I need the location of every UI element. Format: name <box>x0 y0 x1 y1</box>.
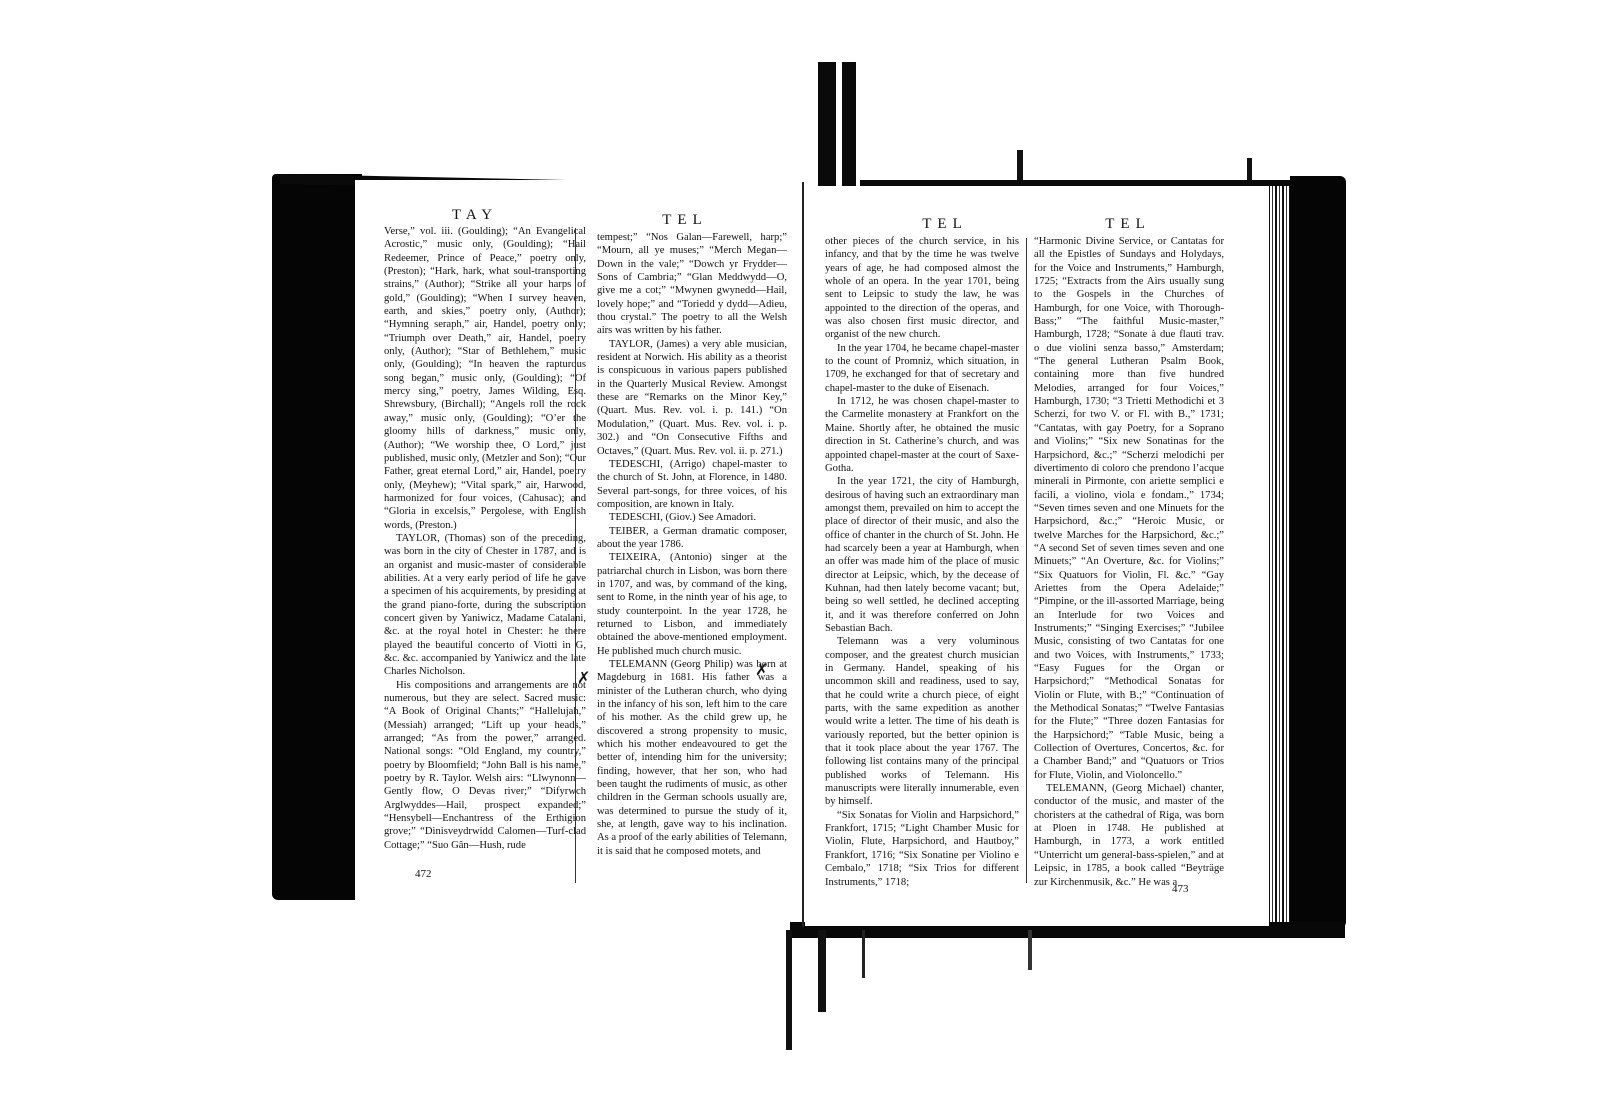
paragraph-entry-teixeira: TEIXEIRA, (Antonio) singer at the patria… <box>597 551 787 658</box>
paragraph: Verse,” vol. iii. (Goulding); “An Evange… <box>384 225 586 532</box>
spine-shadow <box>862 930 865 978</box>
paragraph-entry-telemann-georg-michael: TELEMANN, (Georg Michael) chanter, condu… <box>1034 782 1224 889</box>
page-number: 473 <box>1172 883 1189 895</box>
text-column-2: tempest;” “Nos Galan—Farewell, harp;” “M… <box>597 231 787 858</box>
paragraph-entry-tedeschi-arrigo: TEDESCHI, (Arrigo) chapel-master to the … <box>597 458 787 511</box>
spine-shadow <box>818 930 826 1012</box>
paragraph-works-list: “Six Sonatas for Violin and Harpsichord,… <box>825 809 1019 889</box>
book-cover-right <box>1290 176 1346 928</box>
column-rule <box>575 228 576 883</box>
book-cover-left <box>272 174 362 900</box>
right-page: TEL TEL other pieces of the church servi… <box>805 186 1269 926</box>
left-page: TAY TEL Verse,” vol. iii. (Goulding); “A… <box>355 180 802 915</box>
paragraph-entry-taylor-james: TAYLOR, (James) a very able musician, re… <box>597 338 787 458</box>
spine-shadow <box>842 62 856 194</box>
spine-shadow <box>818 62 836 194</box>
scanned-book-spread: TAY TEL Verse,” vol. iii. (Goulding); “A… <box>0 0 1600 1095</box>
paragraph-entry-tedeschi-giov: TEDESCHI, (Giov.) See Amadori. <box>597 511 787 524</box>
text-column-1: Verse,” vol. iii. (Goulding); “An Evange… <box>384 225 586 852</box>
running-head: TEL <box>885 216 1005 233</box>
running-head: TEL <box>1068 216 1188 233</box>
running-head: TEL <box>625 212 745 229</box>
handwritten-x-mark: ✗ <box>755 660 768 679</box>
page-fore-edge <box>1268 186 1290 922</box>
paragraph: In the year 1704, he became chapel-maste… <box>825 342 1019 395</box>
book-gutter <box>802 182 804 927</box>
column-rule <box>1026 238 1027 883</box>
paragraph-entry-telemann-georg-philip: TELEMANN (Georg Philip) was born at Magd… <box>597 658 787 858</box>
paragraph-entry-teiber: TEIBER, a German dramatic composer, abou… <box>597 525 787 552</box>
handwritten-x-mark: ✗ <box>577 668 590 687</box>
spine-shadow <box>786 930 792 1050</box>
page-number: 472 <box>415 868 432 880</box>
paragraph: tempest;” “Nos Galan—Farewell, harp;” “M… <box>597 231 787 338</box>
paragraph-entry-taylor-thomas: TAYLOR, (Thomas) son of the preceding, w… <box>384 532 586 679</box>
paragraph: In 1712, he was chosen chapel-master to … <box>825 395 1019 475</box>
text-column-1: other pieces of the church service, in h… <box>825 235 1019 889</box>
paragraph: Telemann was a very voluminous composer,… <box>825 635 1019 808</box>
page-tab-mark <box>1017 150 1023 184</box>
running-head: TAY <box>415 207 535 224</box>
paragraph-works-list: “Harmonic Divine Service, or Cantatas fo… <box>1034 235 1224 782</box>
text-column-2: “Harmonic Divine Service, or Cantatas fo… <box>1034 235 1224 889</box>
paragraph: His compositions and arrangements are no… <box>384 679 586 852</box>
paragraph: other pieces of the church service, in h… <box>825 235 1019 342</box>
spine-shadow <box>1028 930 1032 970</box>
paragraph: In the year 1721, the city of Hamburgh, … <box>825 475 1019 635</box>
